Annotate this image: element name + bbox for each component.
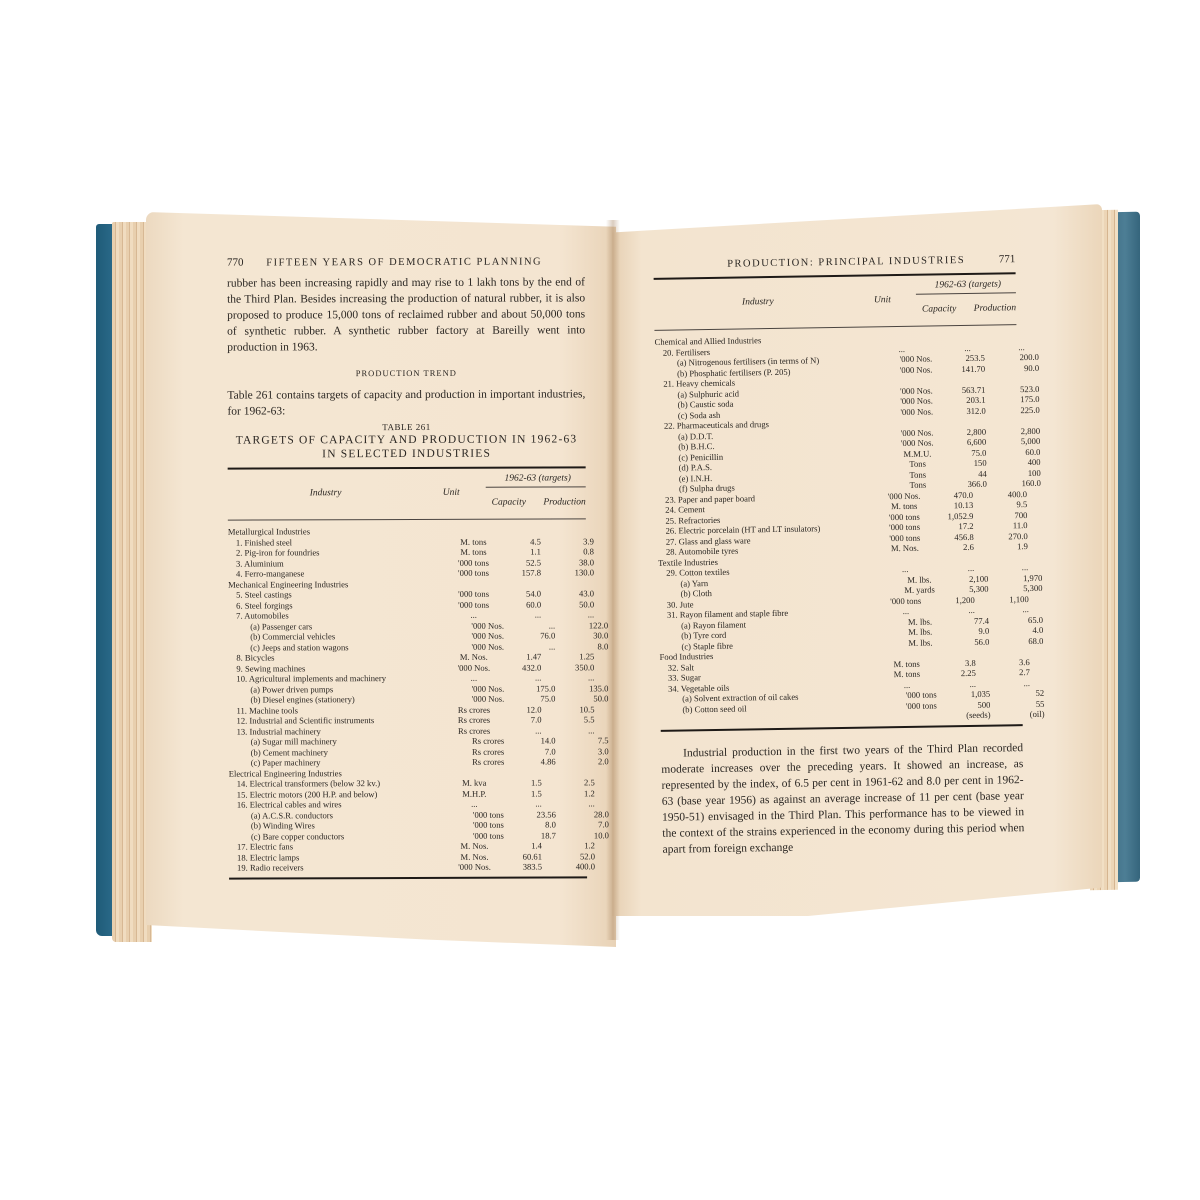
cell-production: 28.0 [556,809,609,820]
table-body: Chemical and Allied Industries20. Fertil… [655,331,1023,725]
cell-industry: (b) Diesel engines (stationery) [228,694,460,705]
header-span-rule [486,486,586,487]
cell-capacity [924,553,966,564]
cell-industry: 17. Electric fans [229,841,447,852]
cell-unit: '000 Nos. [447,862,502,873]
cell-capacity: 9.0 [947,626,989,637]
cell-unit: Rs crores [461,746,516,757]
cell-capacity: 456.8 [932,531,974,542]
cell-capacity: 44 [945,468,987,479]
cell-capacity: 1,052.9 [931,510,973,521]
cell-unit: '000 tons [461,830,516,841]
cell-capacity: 500 [948,699,990,710]
cell-industry: (c) Bare copper conductors [229,830,461,841]
cell-unit: '000 tons [461,820,516,831]
cell-capacity: ... [515,620,555,631]
cell-capacity [930,416,972,427]
cell-production: 400.0 [542,861,595,872]
cell-production: 2.0 [556,756,609,767]
cell-unit: ... [446,673,501,684]
header-industry: Industry [310,487,342,499]
cell-capacity [494,767,534,778]
cell-capacity: 2,800 [944,426,986,437]
table-body: Metallurgical Industries1. Finished stee… [228,525,587,873]
cell-capacity: 60.61 [502,851,542,862]
cell-unit: '000 Nos. [446,662,501,673]
cell-industry: 18. Electric lamps [229,851,447,862]
cell-industry: 15. Electric motors (200 H.P. and below) [229,788,447,799]
cell-production: ... [542,725,595,736]
cell-unit: '000 tons [446,568,501,579]
cell-unit: '000 Nos. [460,694,515,705]
cell-capacity: 54.0 [501,589,541,600]
section-heading: PRODUCTION TREND [227,366,585,379]
cell-capacity: 366.0 [945,479,987,490]
cell-capacity: ... [501,610,541,621]
cell-capacity [493,526,533,537]
cell-capacity: 141.70 [943,363,985,374]
cell-unit: M. kva [447,778,502,789]
cell-capacity: 1.47 [501,652,541,663]
cell-unit: Rs crores [447,715,502,726]
cell-capacity: 150 [944,458,986,469]
cell-capacity: 1,200 [933,594,975,605]
cell-industry: 19. Radio receivers [229,862,447,873]
cell-capacity: 60.0 [501,599,541,610]
header-industry: Industry [742,296,774,308]
page-number: 771 [999,253,1016,265]
cell-production: ... [541,609,594,620]
cell-production: 2.5 [542,777,595,788]
cell-capacity: 23.56 [516,809,556,820]
cell-production: 0.8 [541,546,594,557]
cell-capacity: 253.5 [943,353,985,364]
cell-industry: 16. Electrical cables and wires [229,799,447,810]
cell-capacity: 175.0 [515,683,555,694]
page-number: 770 [227,257,244,269]
cell-capacity [921,332,963,343]
cell-industry: (b) Winding Wires [229,820,461,831]
cell-industry: 8. Bicycles [228,652,446,663]
cell-capacity: 76.0 [515,630,555,641]
cell-industry: 3. Aluminium [228,557,446,568]
cell-production [533,578,586,589]
cell-capacity: 12.0 [501,704,541,715]
cell-industry: 14. Electrical transformers (below 32 kv… [229,778,447,789]
cell-capacity: ... [502,725,542,736]
cell-industry: 11. Machine tools [228,704,446,715]
cell-unit: '000 tons [446,557,501,568]
cell-capacity: 470.0 [931,489,973,500]
cell-unit: M. tons [446,536,501,547]
cell-industry: (c) Jeeps and station wagons [228,641,460,652]
cell-industry: 13. Industrial machinery [229,725,447,736]
cell-capacity: 14.0 [516,735,556,746]
cell-industry: Mechanical Engineering Industries [228,578,438,589]
cell-production: 68.0 [989,635,1043,646]
cell-production: 160.0 [987,478,1041,489]
cell-capacity: 17.2 [931,521,973,532]
table-title-line2: IN SELECTED INDUSTRIES [228,446,586,461]
cell-production: ... [541,672,594,683]
table-bottom-rule [661,724,1023,732]
header-period: 1962-63 (targets) [490,472,586,484]
cell-industry: 7. Automobiles [228,610,446,621]
cell-capacity: 1.1 [501,547,541,558]
cell-production: 5,300 [988,583,1042,594]
table-header: Industry Unit 1962-63 (targets) Capacity… [654,274,1017,330]
cell-industry: (a) A.C.S.R. conductors [229,809,461,820]
intro-paragraph: rubber has been increasing rapidly and m… [227,274,585,355]
cell-unit [438,526,493,537]
cell-capacity: 2.25 [934,668,976,679]
cell-unit: ... [447,799,502,810]
cell-capacity: 5,300 [946,584,988,595]
cell-industry: (b) Cement machinery [229,746,461,757]
cell-capacity: 75.0 [944,447,986,458]
cell-production: 1.2 [542,788,595,799]
cell-capacity: (seeds) [948,710,990,721]
cell-capacity: 157.8 [501,568,541,579]
cell-capacity: 4.5 [501,536,541,547]
cell-industry: (a) Passenger cars [228,620,460,631]
right-page-content: PRODUCTION: PRINCIPAL INDUSTRIES 771 Ind… [653,253,1024,857]
cell-capacity: ... [501,673,541,684]
cell-industry: 10. Agricultural implements and machiner… [228,673,446,684]
cell-capacity [929,374,971,385]
cell-capacity: ... [515,641,555,652]
cell-capacity: 1.4 [502,841,542,852]
cell-industry: Electrical Engineering Industries [229,767,439,778]
header-capacity: Capacity [488,497,530,509]
cell-industry: (a) Sugar mill machinery [229,736,461,747]
cell-industry: (c) Paper machinery [229,757,461,768]
cell-capacity: 6,600 [944,437,986,448]
cell-unit: '000 Nos. [460,620,515,631]
cell-industry: 2. Pig-iron for foundries [228,547,446,558]
cell-production: ... [542,798,595,809]
cell-unit: '000 tons [446,599,501,610]
cell-capacity: 1.5 [502,788,542,799]
cell-capacity: 56.0 [947,636,989,647]
table-row: 19. Radio receivers'000 Nos.383.5400.0 [229,861,587,873]
cell-capacity: 7.0 [516,746,556,757]
running-head: 770 FIFTEEN YEARS OF DEMOCRATIC PLANNING [227,255,585,269]
cell-production: 30.0 [555,630,608,641]
cell-unit: '000 Nos. [460,683,515,694]
cell-capacity: ... [934,678,976,689]
header-unit: Unit [443,487,460,499]
cell-unit: Rs crores [447,725,502,736]
closing-paragraph: Industrial production in the first two y… [661,740,1025,858]
cell-production: 43.0 [541,588,594,599]
cell-industry: (a) Power driven pumps [228,683,460,694]
cell-industry: 9. Sewing machines [228,662,446,673]
cell-capacity: ... [932,563,974,574]
cell-capacity: 52.5 [501,557,541,568]
cell-production: 225.0 [986,404,1040,415]
cell-unit [438,578,493,589]
cell-unit: M. Nos. [447,851,502,862]
cell-unit: '000 tons [446,589,501,600]
cell-industry: (b) Commercial vehicles [228,631,460,642]
cell-capacity: 7.0 [502,715,542,726]
header-production: Production [534,496,586,508]
cell-capacity: 2,100 [946,573,988,584]
cell-capacity: 432.0 [501,662,541,673]
cell-unit: '000 Nos. [460,631,515,642]
cell-capacity: 1,035 [948,689,990,700]
cell-production: 135.0 [555,683,608,694]
cell-capacity: 8.0 [516,819,556,830]
cell-capacity: 75.0 [515,693,555,704]
cell-capacity [493,578,533,589]
cell-capacity: 18.7 [516,830,556,841]
cell-unit: '000 Nos. [460,641,515,652]
cell-industry: 6. Steel forgings [228,599,446,610]
cell-production: 10.0 [556,830,609,841]
cell-production: 350.0 [541,662,594,673]
cell-capacity: 203.1 [944,395,986,406]
cell-production: 10.5 [541,704,594,715]
header-period: 1962-63 (targets) [920,278,1016,292]
cell-production [533,525,586,536]
cell-industry: 5. Steel castings [228,589,446,600]
cell-production: 3.0 [556,746,609,757]
header-capacity: Capacity [918,303,960,316]
cell-industry: 1. Finished steel [228,536,446,547]
running-head-title: FIFTEEN YEARS OF DEMOCRATIC PLANNING [266,257,542,270]
cell-unit: Rs crores [446,704,501,715]
cell-capacity: 77.4 [947,615,989,626]
cell-industry [660,711,894,725]
cell-capacity: 4.86 [516,756,556,767]
running-head-title: PRODUCTION: PRINCIPAL INDUSTRIES [727,255,965,271]
header-production: Production [964,302,1016,315]
cell-capacity: ... [929,342,971,353]
cell-unit: Rs crores [461,757,516,768]
cell-industry: Metallurgical Industries [228,526,438,537]
cell-unit: M.H.P. [447,788,502,799]
cell-production: 38.0 [541,557,594,568]
cell-production: 1.2 [542,840,595,851]
cell-production: 122.0 [555,620,608,631]
cell-capacity: 563.71 [943,384,985,395]
cell-production: 50.0 [555,693,608,704]
cell-capacity: 2.6 [932,542,974,553]
cell-unit: ... [446,610,501,621]
cell-production: 3.9 [541,536,594,547]
header-unit: Unit [874,294,891,306]
header-span-rule [916,292,1016,295]
cell-unit: Rs crores [461,736,516,747]
cell-capacity: 10.13 [931,500,973,511]
cell-production: (oil) [990,709,1044,720]
cell-capacity: ... [933,605,975,616]
left-page-content: 770 FIFTEEN YEARS OF DEMOCRATIC PLANNING… [227,255,587,879]
cell-production: 52.0 [542,851,595,862]
cell-production: 8.0 [555,641,608,652]
cell-unit: M. Nos. [446,652,501,663]
cell-industry: 12. Industrial and Scientific instrument… [229,715,447,726]
cell-unit [894,710,948,721]
table-intro: Table 261 contains targets of capacity a… [227,386,585,419]
cell-unit: '000 tons [461,809,516,820]
cell-unit [439,767,494,778]
cell-capacity: 312.0 [944,405,986,416]
cell-production: 5.5 [542,714,595,725]
cell-production: 7.0 [556,819,609,830]
cell-industry: 4. Ferro-manganese [228,568,446,579]
cell-production: 7.5 [556,735,609,746]
cell-capacity: ... [502,799,542,810]
table-title-line1: TARGETS OF CAPACITY AND PRODUCTION IN 19… [228,432,586,447]
cell-capacity: 1.5 [502,778,542,789]
cell-production [534,767,587,778]
cell-unit: M. tons [446,547,501,558]
cell-capacity [925,647,967,658]
table-header: Industry Unit 1962-63 (targets) Capacity… [228,468,586,519]
cell-capacity: 383.5 [502,862,542,873]
cell-production: 50.0 [541,599,594,610]
cell-production: 90.0 [985,362,1039,373]
cell-capacity: 3.8 [934,657,976,668]
open-book: 770 FIFTEEN YEARS OF DEMOCRATIC PLANNING… [0,0,1200,1200]
cell-production: 130.0 [541,567,594,578]
cell-unit: M. Nos. [447,841,502,852]
cell-production: 1.25 [541,651,594,662]
